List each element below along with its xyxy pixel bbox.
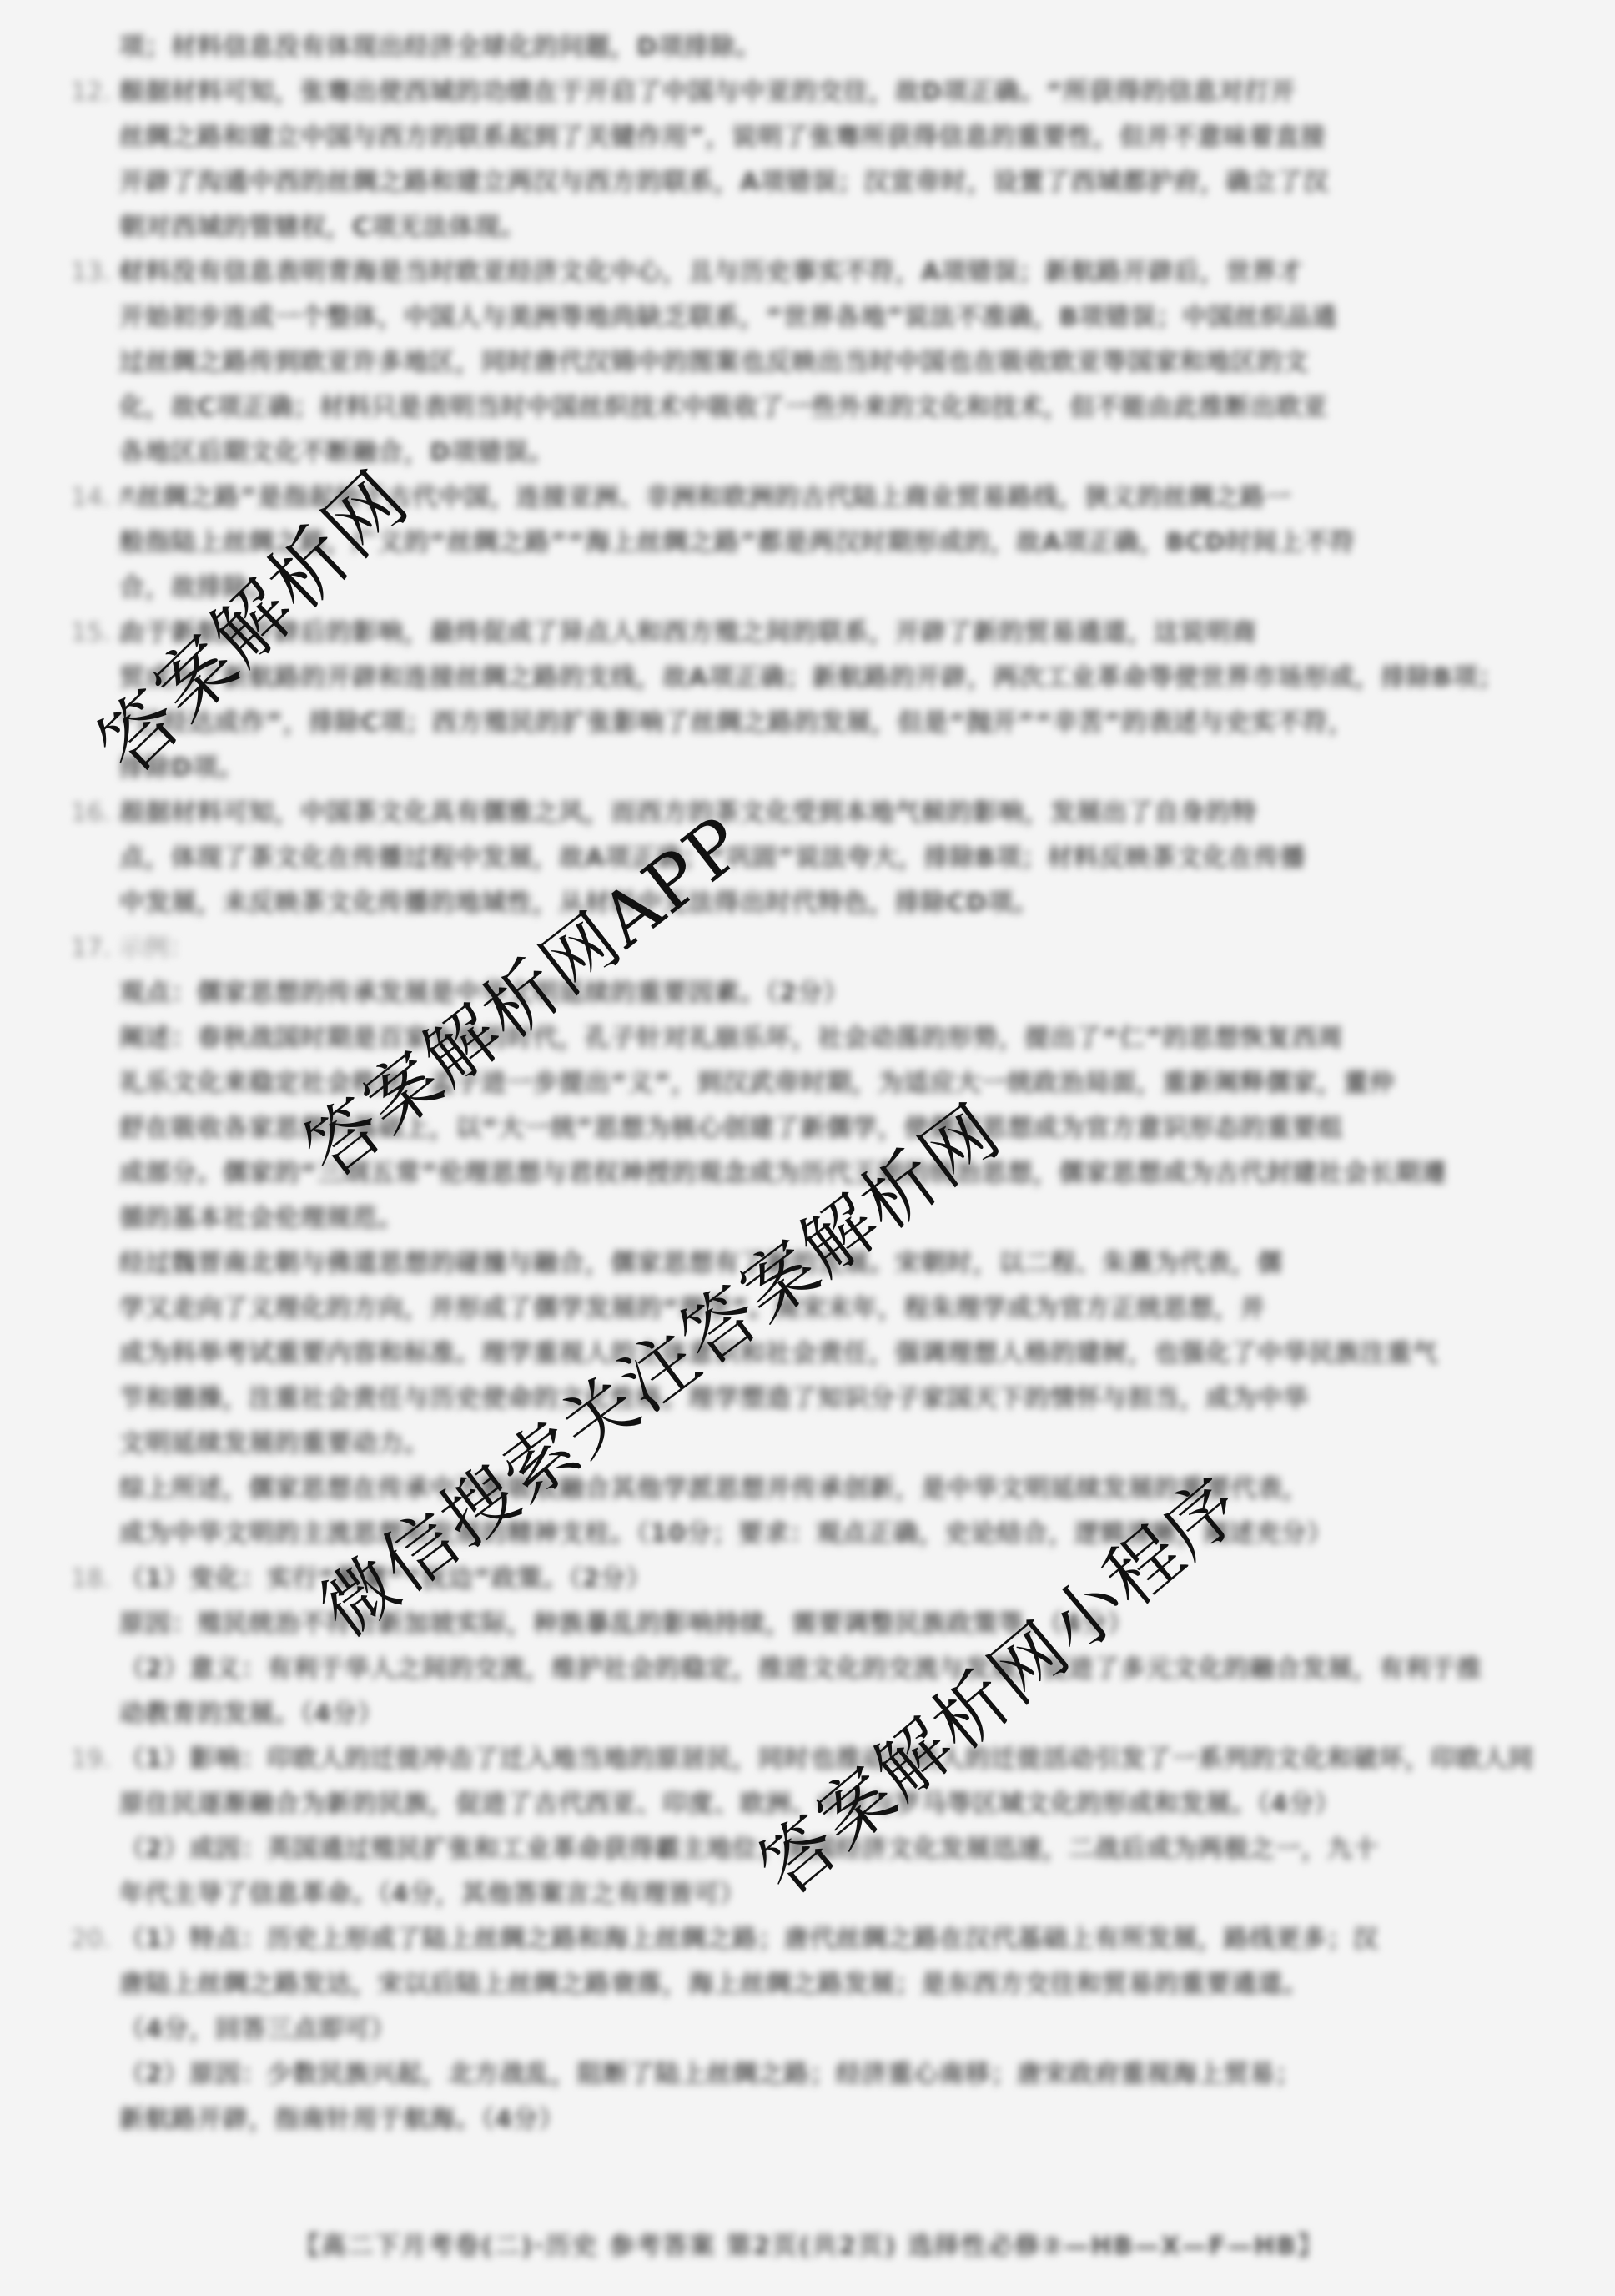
question-number: 16. A xyxy=(71,791,136,836)
answer-line: （1）特点：历史上形成了陆上丝绸之路和海上丝绸之路；唐代丝绸之路在汉代基础上有所… xyxy=(119,1917,1547,1962)
answer-item: 13. C材料没有信息表明青海是当时欧亚经济文化中心，且与历史事实不符，A项错误… xyxy=(71,250,1547,476)
answer-line: 朝对西域的管辖权，C项无法体现。 xyxy=(119,205,1547,250)
question-number: 18. xyxy=(71,1557,111,1602)
answer-line: 文明延续发展的重要动力。 xyxy=(119,1422,1547,1467)
answer-line: （2）原因：少数民族兴起，北方战乱，阻断了陆上丝绸之路；经济重心南移；唐宋政府重… xyxy=(119,2052,1547,2097)
answer-line: 动教育的发展。（4分） xyxy=(119,1692,1547,1737)
answer-line: 观点：儒家思想的传承发展是中华文明延续的重要因素。（2分） xyxy=(119,971,1547,1016)
answer-line: 中发展，未反映茶文化传播的地域性，从材料中无法得出时代特色，排除CD项。 xyxy=(119,881,1547,926)
question-number: 19. xyxy=(71,1737,111,1782)
answer-line: （2）意义：有利于华人之间的交流，维护社会的稳定，推进文化的交流与发展，促进了多… xyxy=(119,1647,1547,1692)
question-number: 20. xyxy=(71,1917,111,1962)
question-number: 15. A xyxy=(71,611,136,656)
question-number: 14. A xyxy=(71,476,136,521)
answer-line: 唐陆上丝绸之路发达，宋以后陆上丝绸之路衰落，海上丝绸之路发展；是东西方交往和贸易… xyxy=(119,1962,1547,2007)
answer-line: 贸成为了新航路的开辟和连接丝绸之路的支线，故A项正确；新航路的开辟，两次工业革命… xyxy=(119,656,1547,701)
answer-line: 过丝绸之路传到欧亚许多地区，同时唐代汉锦中的图案也反映出当时中国也在吸收欧亚等国… xyxy=(119,340,1547,385)
answer-line: 根据材料可知，中国茶文化具有儒雅之风，而西方的茶文化受到本地气候的影响，发展出了… xyxy=(119,791,1547,836)
answer-line: 材料没有信息表明青海是当时欧亚经济文化中心，且与历史事实不符，A项错误；新航路开… xyxy=(119,250,1547,295)
answer-line: 根据材料可知，张骞出使西域的功绩在于开启了中国与中亚的交往，故D项正确。“所获得… xyxy=(119,70,1547,115)
answer-line: 由于新航路开辟后的影响，最终促成了异点人和西方殖之间的联系，开辟了新的贸易通道，… xyxy=(119,611,1547,656)
answer-line: 综上所述，儒家思想在传承中不断吸收融合其他学派思想并传承创新，是中华文明延续发展… xyxy=(119,1467,1547,1512)
question-number: 17. 示例： xyxy=(71,926,194,971)
answer-line: 开始初步连成一个整体，中国人与美洲等地尚缺乏联系，“世界各地”说法不准确，B项错… xyxy=(119,295,1547,340)
document-page: 项；材料信息没有体现出经济全球化的问题，D项排除。12. D根据材料可知，张骞出… xyxy=(0,0,1615,2296)
answer-line: 成为科举考试重要内容和标准。理学重视人的主体意识和社会责任，强调理想人格的建树，… xyxy=(119,1332,1547,1377)
answer-line: 开辟了沟通中西的丝绸之路和建立两汉与西方的联系，A项错误；汉宣帝时，设置了西域都… xyxy=(119,160,1547,205)
answer-line: 丝绸之路和建立中国与西方的联系起到了关键作用”，说明了张骞所获得信息的重要性，但… xyxy=(119,115,1547,160)
answer-item: 20.（1）特点：历史上形成了陆上丝绸之路和海上丝绸之路；唐代丝绸之路在汉代基础… xyxy=(71,1917,1547,2142)
answer-line: 阐述：春秋战国时期是百家争鸣的时代，孔子针对礼崩乐坏，社会动荡的形势，提出了“仁… xyxy=(119,1016,1547,1061)
answer-line: （4分，回答三点即可） xyxy=(119,2007,1547,2052)
question-number: 12. D xyxy=(71,70,138,115)
answer-item: 16. A根据材料可知，中国茶文化具有儒雅之风，而西方的茶文化受到本地气候的影响… xyxy=(71,791,1547,926)
answer-item: 12. D根据材料可知，张骞出使西域的功绩在于开启了中国与中亚的交往，故D项正确… xyxy=(71,70,1547,250)
answer-line: 项；材料信息没有体现出经济全球化的问题，D项排除。 xyxy=(119,25,1547,70)
page-footer: 【高二下月考卷(二)·历史 参考答案 第2页(共2页) 选择性必修②—HB—X—… xyxy=(184,2225,1435,2262)
answer-line: 点，体现了茶文化在传播过程中发展，故A项正确；“巩固”说法夸大，排除B项；材料反… xyxy=(119,836,1547,881)
answer-line: 新航路开辟，指南针用于航海。（4分） xyxy=(119,2097,1547,2142)
question-number: 13. C xyxy=(71,250,136,295)
answer-line: “已经达成作”，排除C项；西方殖民的扩张影响了丝绸之路的发展，但是“抛开”“辛苦… xyxy=(119,701,1547,746)
answer-item: 项；材料信息没有体现出经济全球化的问题，D项排除。 xyxy=(71,25,1547,70)
answer-item: 18.（1）变化：实行“羁縻”“抚边”政策。（2分）原因：殖民统治不符合新加坡实… xyxy=(71,1557,1547,1737)
answer-line: 排除D项。 xyxy=(119,746,1547,791)
answer-line xyxy=(119,926,1547,971)
answer-line: 化，故C项正确；材料只是表明当时中国丝织技术中吸收了一些外来的文化和技术，但不能… xyxy=(119,385,1547,430)
answer-line: 节和德操，注重社会责任与历史使命的文化性格。理学塑造了知识分子家国天下的情怀与担… xyxy=(119,1377,1547,1422)
